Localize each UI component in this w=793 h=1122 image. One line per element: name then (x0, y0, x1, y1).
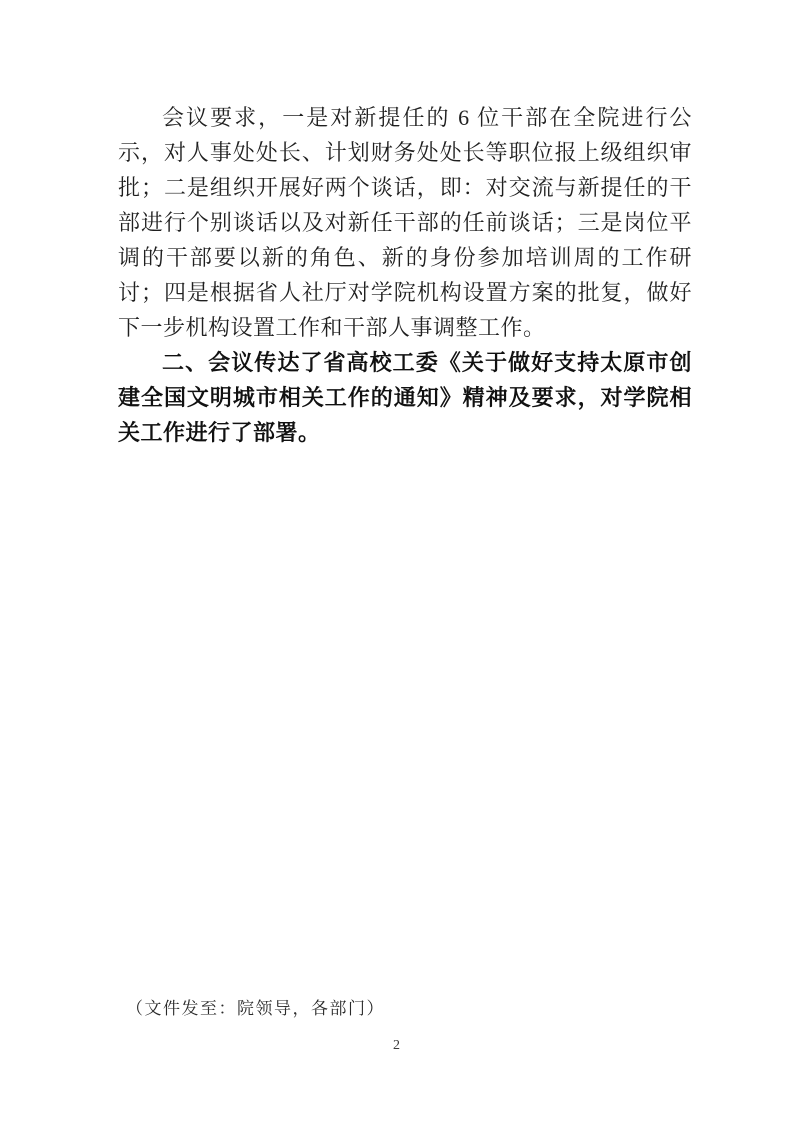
page-number: 2 (0, 1038, 793, 1054)
body-paragraph-section-two-heading: 二、会议传达了省高校工委《关于做好支持太原市创建全国文明城市相关工作的通知》精神… (118, 345, 692, 450)
document-page: 会议要求，一是对新提任的 6 位干部在全院进行公示，对人事处处长、计划财务处处长… (0, 0, 793, 1122)
distribution-note: （文件发至：院领导，各部门） (126, 994, 385, 1019)
body-paragraph-meeting-requirements: 会议要求，一是对新提任的 6 位干部在全院进行公示，对人事处处长、计划财务处处长… (118, 100, 692, 345)
document-body: 会议要求，一是对新提任的 6 位干部在全院进行公示，对人事处处长、计划财务处处长… (118, 100, 692, 450)
